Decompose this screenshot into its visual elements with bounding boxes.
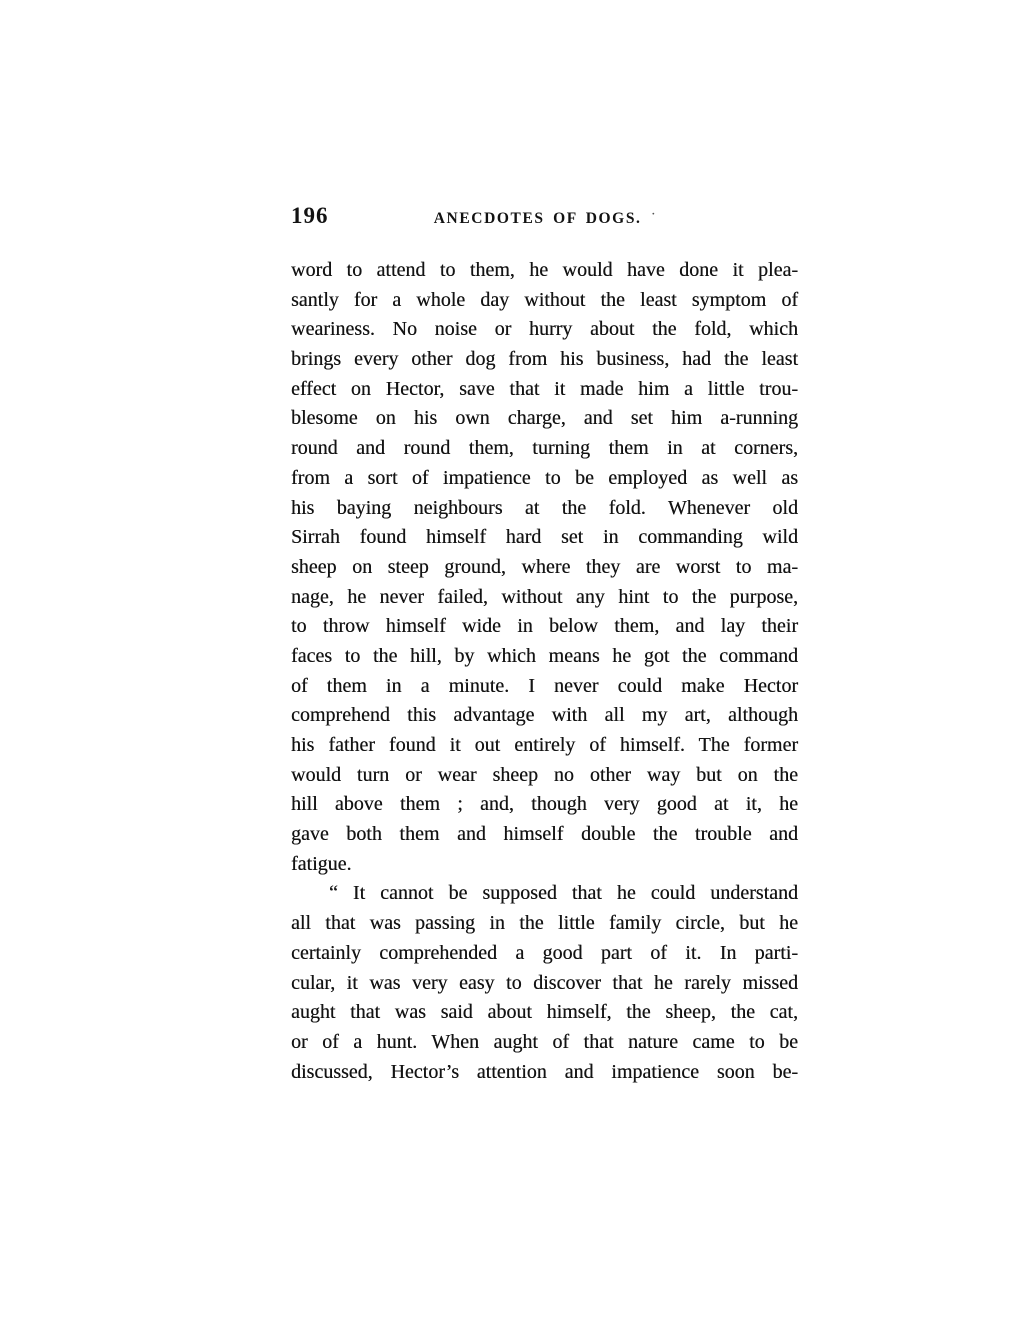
text-line: certainly comprehended a good part of it… — [291, 939, 798, 969]
text-line: word to attend to them, he would have do… — [291, 256, 798, 286]
text-line: discussed, Hector’s attention and impati… — [291, 1058, 798, 1088]
text-line: aught that was said about himself, the s… — [291, 998, 798, 1028]
book-page: 196 ANECDOTES OF DOGS.· word to attend t… — [0, 0, 1033, 1339]
text-line: round and round them, turning them in at… — [291, 434, 798, 464]
text-line: all that was passing in the little famil… — [291, 909, 798, 939]
text-line: sheep on steep ground, where they are wo… — [291, 553, 798, 583]
page-number: 196 — [291, 203, 329, 229]
running-head-text: ANECDOTES OF DOGS. — [434, 210, 642, 227]
stray-ink-mark: · — [652, 208, 656, 220]
text-line: from a sort of impatience to be employed… — [291, 464, 798, 494]
text-line: comprehend this advantage with all my ar… — [291, 701, 798, 731]
text-line: faces to the hill, by which means he got… — [291, 642, 798, 672]
text-line: would turn or wear sheep no other way bu… — [291, 761, 798, 791]
text-line: effect on Hector, save that it made him … — [291, 375, 798, 405]
text-line: blesome on his own charge, and set him a… — [291, 404, 798, 434]
text-line: weariness. No noise or hurry about the f… — [291, 315, 798, 345]
text-line: or of a hunt. When aught of that nature … — [291, 1028, 798, 1058]
text-line: Sirrah found himself hard set in command… — [291, 523, 798, 553]
text-line: gave both them and himself double the tr… — [291, 820, 798, 850]
text-line: cular, it was very easy to discover that… — [291, 969, 798, 999]
text-line: nage, he never failed, without any hint … — [291, 583, 798, 613]
text-line: his father found it out entirely of hims… — [291, 731, 798, 761]
text-line: fatigue. — [291, 850, 798, 880]
text-line: santly for a whole day without the least… — [291, 286, 798, 316]
running-head: ANECDOTES OF DOGS.· — [291, 203, 798, 228]
text-block: word to attend to them, he would have do… — [291, 256, 798, 1087]
page-header: 196 ANECDOTES OF DOGS.· — [291, 203, 798, 233]
text-line: of them in a minute. I never could make … — [291, 672, 798, 702]
text-line: brings every other dog from his business… — [291, 345, 798, 375]
text-line: to throw himself wide in below them, and… — [291, 612, 798, 642]
text-line: hill above them ; and, though very good … — [291, 790, 798, 820]
text-line: “ It cannot be supposed that he could un… — [291, 879, 798, 909]
text-line: his baying neighbours at the fold. Whene… — [291, 494, 798, 524]
